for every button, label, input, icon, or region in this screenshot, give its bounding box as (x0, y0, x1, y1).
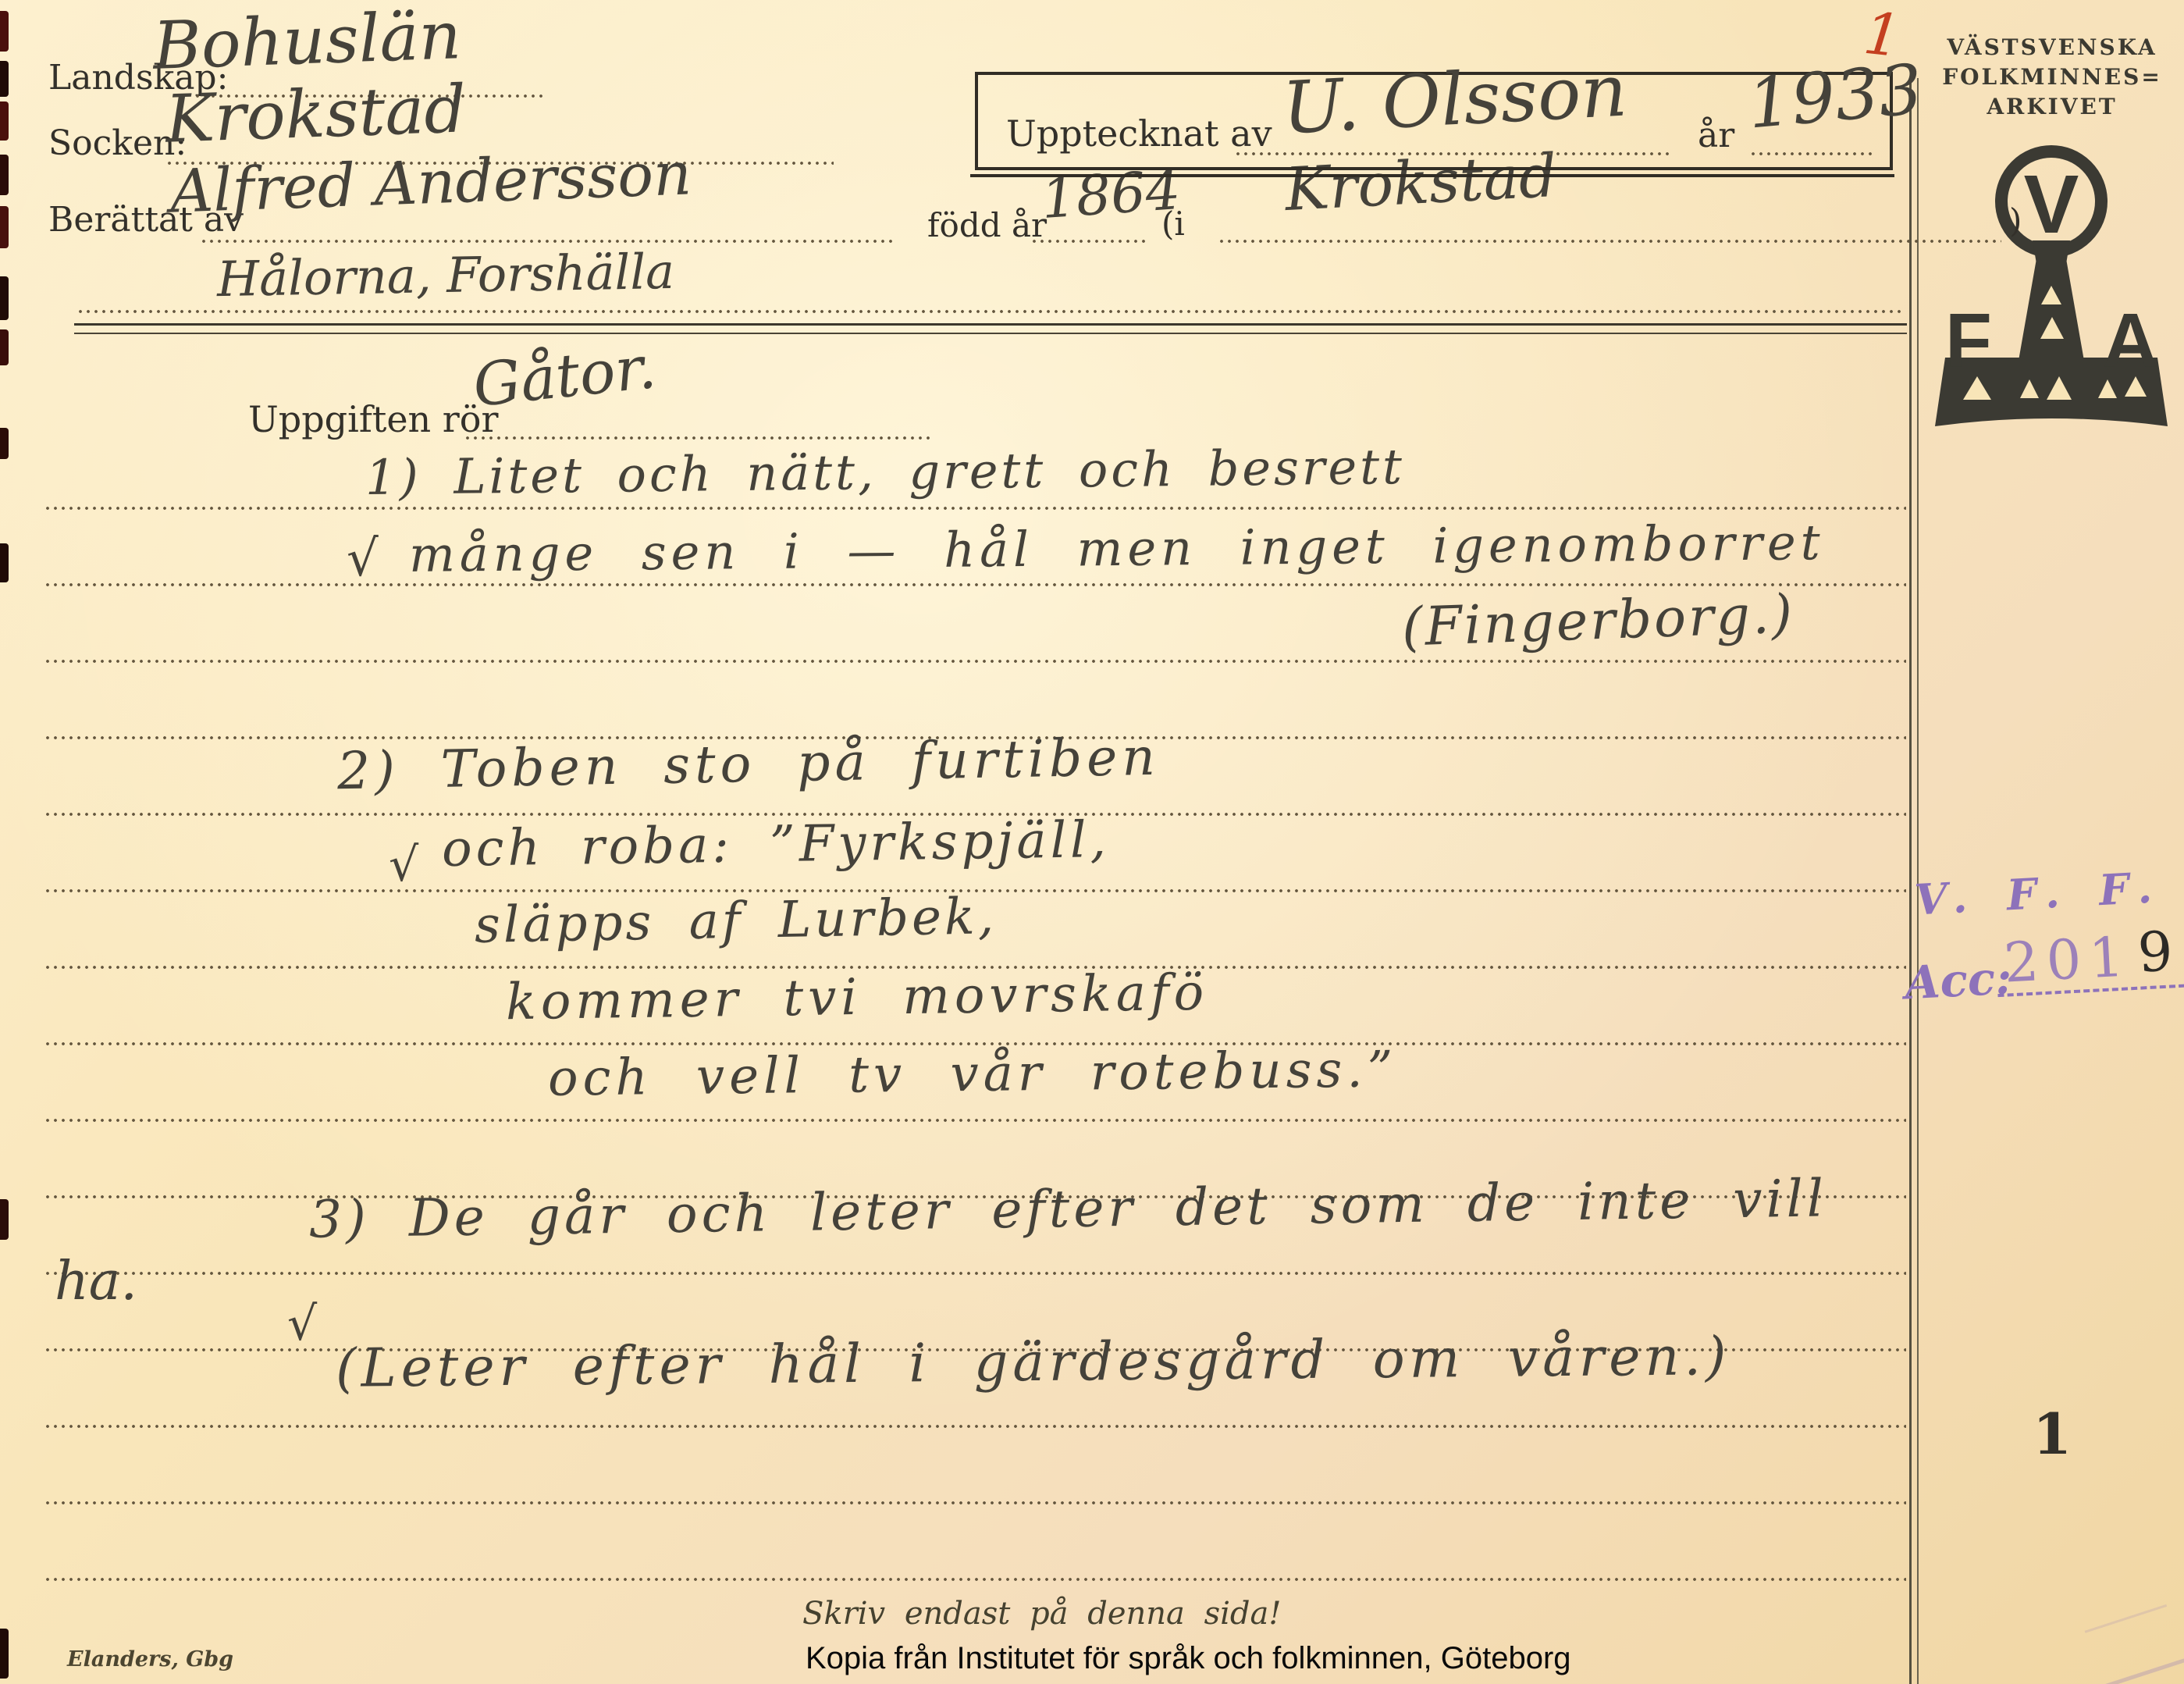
recorded-year-label: år (1698, 116, 1734, 155)
scan-edge-mark (0, 329, 9, 365)
dotted-rule (1236, 151, 1673, 156)
dotted-rule (78, 309, 1905, 314)
dotted-rule (1219, 239, 2001, 244)
scan-edge-mark (0, 276, 9, 320)
handwritten-line: och roba: ”Fyrkspjäll, (442, 815, 1111, 874)
field-value-berattat-av: Alfred Andersson (169, 144, 692, 221)
dotted-rule (1751, 151, 1876, 156)
scan-edge-mark (0, 206, 9, 248)
checkmark: √ (347, 534, 379, 584)
stamp-acc-digit: 9 (2136, 919, 2175, 984)
recorded-by-label: Upptecknat av (1006, 112, 1272, 155)
born-year-label: född år (927, 206, 1047, 244)
header-separator (74, 323, 1907, 334)
write-only-instruction: Skriv endast på denna sida! (802, 1596, 1281, 1632)
handwritten-line: och vell tv vår rotebuss.” (548, 1045, 1398, 1103)
dotted-rule (45, 506, 1906, 511)
checkmark: √ (287, 1301, 317, 1348)
dotted-rule (45, 1577, 1906, 1582)
recorded-by-value: U. Olsson (1281, 55, 1629, 145)
handwritten-line: ha. (55, 1255, 137, 1308)
scan-edge-mark (0, 11, 9, 52)
dotted-rule (45, 1424, 1906, 1429)
scan-edge-mark (0, 543, 9, 582)
handwritten-line: månge sen i — hål men inget igenomborret (409, 518, 1825, 579)
handwritten-line: släpps af Lurbek, (474, 892, 997, 951)
dotted-rule (45, 1118, 1906, 1123)
logo-letter-f: F (1945, 297, 1992, 383)
handwritten-line: (Leter efter hål i gärdesgård om våren.) (336, 1330, 1731, 1396)
archive-name-line: VÄSTSVENSKA (1928, 33, 2176, 62)
scan-edge-mark (0, 1629, 9, 1679)
topic-value: Gåtor. (471, 337, 659, 415)
logo-letter-a: A (2103, 297, 2158, 383)
scan-edge-mark (0, 61, 9, 97)
dotted-rule (45, 1271, 1906, 1276)
dotted-rule (45, 659, 1906, 664)
handwritten-line: (Fingerborg.) (1401, 588, 1795, 655)
stamp-acc-number: 201 (2002, 924, 2133, 995)
archive-name: VÄSTSVENSKA FOLKMINNES= ARKIVET (1928, 33, 2176, 121)
thors-hammer-logo: V F A (1934, 133, 2168, 445)
archive-record-card: 1 VÄSTSVENSKA FOLKMINNES= ARKIVET V F A … (0, 0, 2184, 1684)
printer-mark: Elanders, Gbg (67, 1647, 233, 1672)
born-year-value: 1864 (1040, 162, 1183, 226)
copy-note: Kopia från Institutet för språk och folk… (806, 1641, 1571, 1676)
stamp-acc-label: Acc: (1904, 951, 2013, 1009)
stamp-initials: V. F. F. (1913, 862, 2165, 925)
recorded-by-box: Upptecknat av U. Olsson år 1933 (975, 72, 1893, 170)
recorded-year-value: 1933 (1745, 55, 1926, 138)
handwritten-line: 2) Toben sto på furtiben (337, 732, 1161, 797)
field-value-socken: Krokstad (165, 76, 468, 151)
scan-edge-mark (0, 101, 9, 141)
field-value-landskap: Bohuslän (152, 2, 462, 79)
dotted-rule (465, 436, 930, 440)
accession-stamp: V. F. F. Acc: 201 9 (1899, 861, 2184, 1024)
dotted-rule (201, 239, 893, 244)
handwritten-line: kommer tvi movrskafö (506, 968, 1209, 1028)
dotted-rule (45, 1501, 1906, 1505)
scan-edge-mark (0, 155, 9, 195)
archive-name-line: ARKIVET (1928, 92, 2176, 122)
topic-label: Uppgiften rör (248, 398, 498, 440)
informant-address: Hålorna, Forshälla (217, 247, 675, 304)
page-number: 1 (2033, 1401, 2072, 1467)
scan-edge-mark (0, 1199, 9, 1240)
born-place-paren-close: ) (2009, 201, 2022, 240)
handwritten-line: 3) De går och leter efter det som de int… (309, 1173, 1828, 1245)
handwritten-line: 1) Litet och nätt, grett och besrett (365, 443, 1406, 502)
logo-letter-v: V (2024, 158, 2079, 251)
scan-smudge (2085, 1604, 2184, 1684)
checkmark: √ (389, 842, 418, 888)
born-place-paren-open: (i (1161, 205, 1185, 243)
archive-name-line: FOLKMINNES= (1928, 62, 2176, 92)
dotted-rule (45, 582, 1906, 587)
scan-edge-mark (0, 428, 9, 459)
dotted-rule (1032, 239, 1146, 244)
